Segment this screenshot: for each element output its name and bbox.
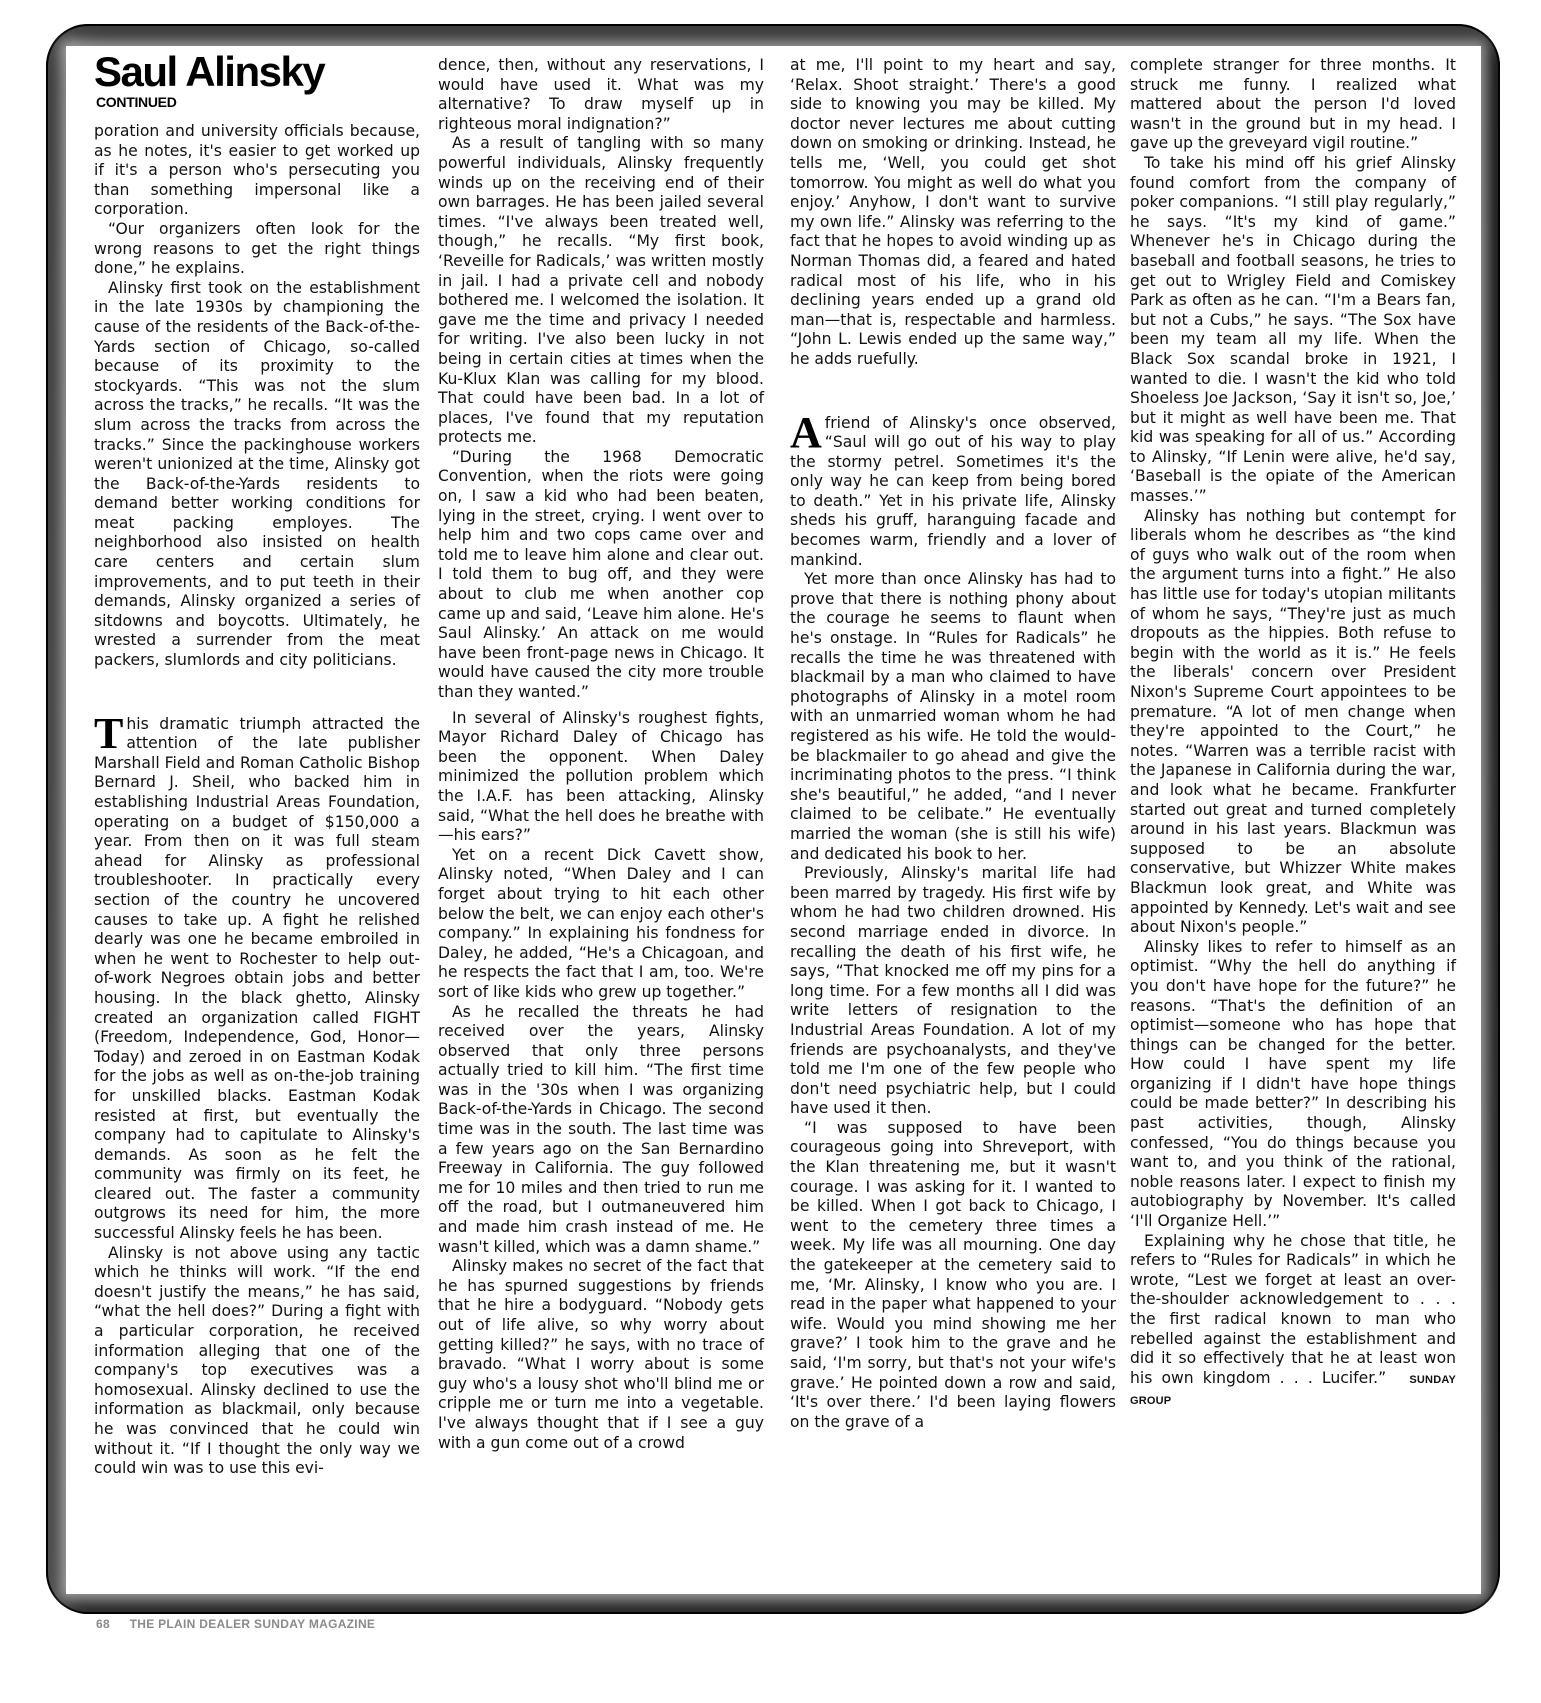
paragraph: Yet on a recent Dick Cavett show, Alinsk… xyxy=(438,846,764,1003)
article-column-2: dence, then, without any reservations, I… xyxy=(438,56,764,1453)
publication-name: THE PLAIN DEALER SUNDAY MAGAZINE xyxy=(130,1617,376,1631)
paragraph: Alinsky first took on the establishment … xyxy=(94,279,420,671)
article-column-3: at me, I'll point to my heart and say, ‘… xyxy=(790,56,1116,1432)
paragraph: poration and university officials becaus… xyxy=(94,122,420,220)
article-column-1: Saul Alinsky CONTINUED poration and univ… xyxy=(94,50,420,1479)
page-number: 68 xyxy=(96,1617,110,1631)
paragraph: Alinsky likes to refer to himself as an … xyxy=(1130,938,1456,1232)
article-column-4: complete stranger for three months. It s… xyxy=(1130,56,1456,1412)
paragraph-with-dropcap: A friend of Alinsky's once observed, “Sa… xyxy=(790,414,1116,571)
magazine-page: Saul Alinsky CONTINUED poration and univ… xyxy=(66,46,1481,1594)
paragraph: Alinsky makes no secret of the fact that… xyxy=(438,1257,764,1453)
article-title: Saul Alinsky xyxy=(94,50,420,94)
paragraph: To take his mind off his grief Alinsky f… xyxy=(1130,154,1456,507)
paragraph-text: his dramatic triumph attracted the atten… xyxy=(94,715,420,1242)
paragraph: As he recalled the threats he had receiv… xyxy=(438,1003,764,1258)
page-footer: 68 THE PLAIN DEALER SUNDAY MAGAZINE xyxy=(96,1617,375,1631)
article-subtitle: CONTINUED xyxy=(96,94,420,110)
paragraph: “I was supposed to have been courageous … xyxy=(790,1119,1116,1433)
drop-cap: A xyxy=(790,416,822,450)
paragraph-final: Explaining why he chose that title, he r… xyxy=(1130,1232,1456,1412)
paragraph-with-dropcap: This dramatic triumph attracted the atte… xyxy=(94,715,420,1244)
paragraph: Alinsky has nothing but contempt for lib… xyxy=(1130,507,1456,938)
paragraph: As a result of tangling with so many pow… xyxy=(438,134,764,448)
paragraph: complete stranger for three months. It s… xyxy=(1130,56,1456,154)
paragraph: In several of Alinsky's roughest fights,… xyxy=(438,709,764,846)
paragraph-text: friend of Alinsky's once observed, “Saul… xyxy=(790,414,1116,569)
paragraph: dence, then, without any reservations, I… xyxy=(438,56,764,134)
paragraph-text: Explaining why he chose that title, he r… xyxy=(1130,1232,1456,1387)
paragraph: “Our organizers often look for the wrong… xyxy=(94,220,420,279)
paragraph: Alinsky is not above using any tactic wh… xyxy=(94,1244,420,1479)
drop-cap: T xyxy=(94,717,123,751)
paragraph: “During the 1968 Democratic Convention, … xyxy=(438,448,764,703)
paragraph: Yet more than once Alinsky has had to pr… xyxy=(790,570,1116,864)
paragraph: Previously, Alinsky's marital life had b… xyxy=(790,864,1116,1119)
paragraph: at me, I'll point to my heart and say, ‘… xyxy=(790,56,1116,370)
